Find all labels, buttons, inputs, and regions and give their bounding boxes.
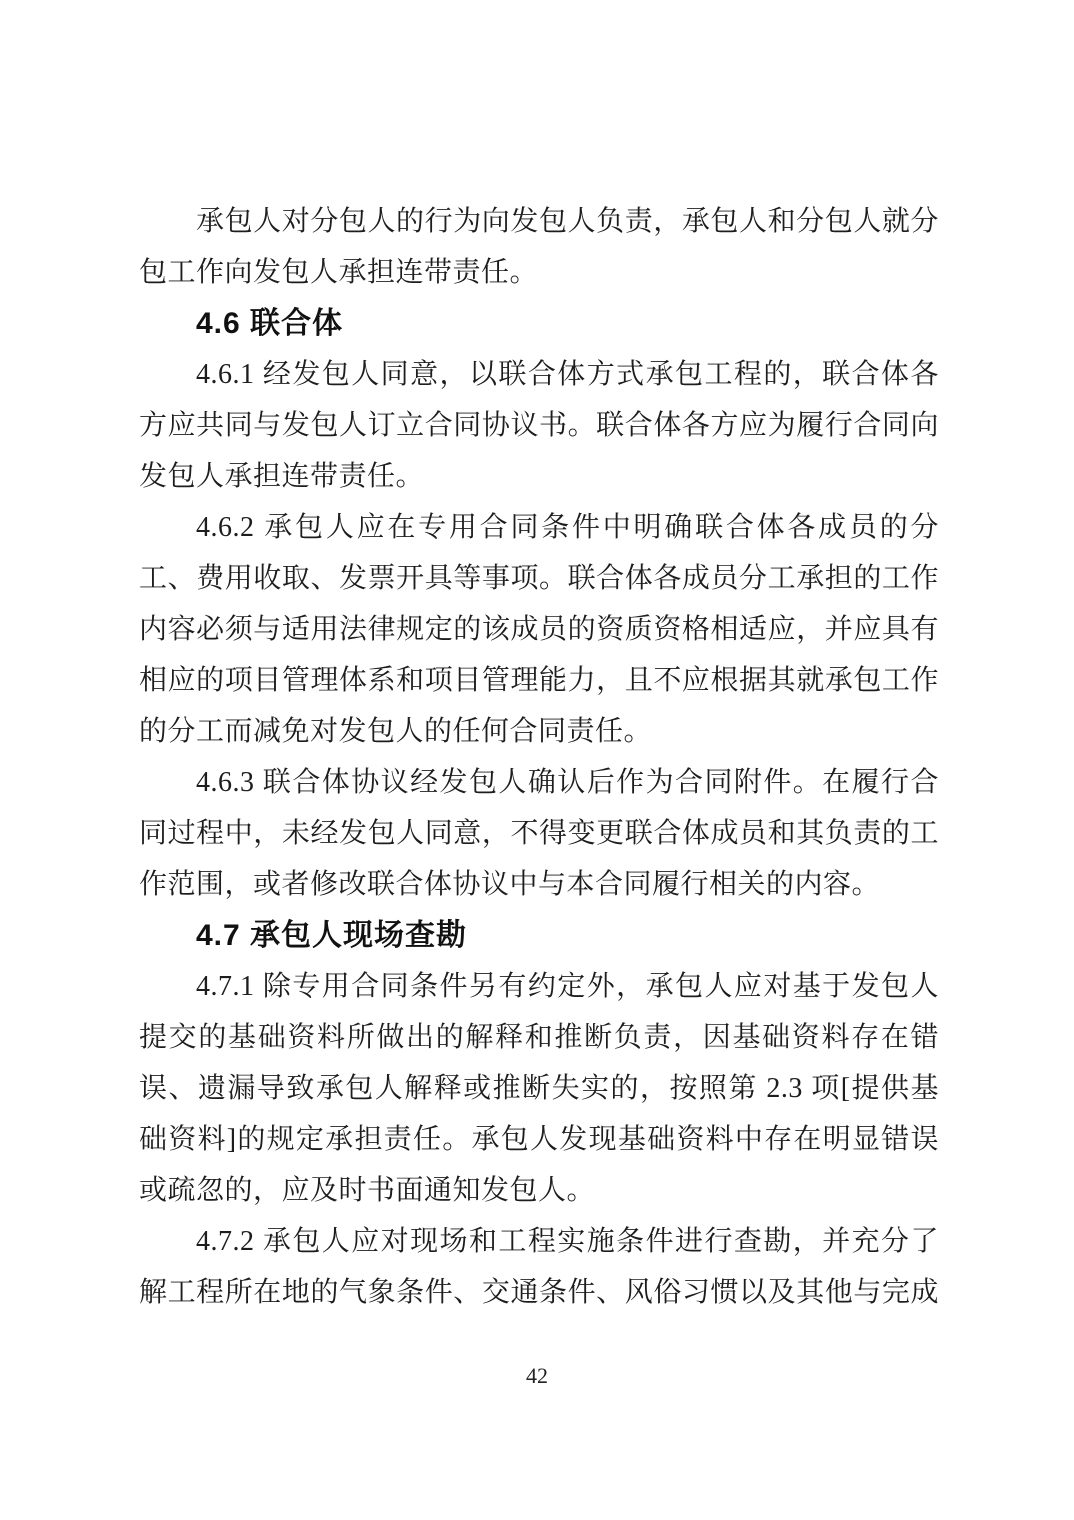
text-line: 4.6.2 承包人应在专用合同条件中明确联合体各成员的分	[139, 502, 939, 553]
text-line: 或疏忽的，应及时书面通知发包人。	[139, 1165, 939, 1216]
text-line: 础资料]的规定承担责任。承包人发现基础资料中存在明显错误	[139, 1114, 939, 1165]
paragraph: 4.6.3 联合体协议经发包人确认后作为合同附件。在履行合同过程中，未经发包人同…	[139, 757, 939, 910]
paragraph: 4.6.1 经发包人同意，以联合体方式承包工程的，联合体各方应共同与发包人订立合…	[139, 349, 939, 502]
text-line: 同过程中，未经发包人同意，不得变更联合体成员和其负责的工	[139, 808, 939, 859]
text-line: 提交的基础资料所做出的解释和推断负责，因基础资料存在错	[139, 1012, 939, 1063]
document-body: 承包人对分包人的行为向发包人负责，承包人和分包人就分包工作向发包人承担连带责任。…	[139, 196, 939, 1318]
text-line: 发包人承担连带责任。	[139, 451, 939, 502]
paragraph: 4.7.2 承包人应对现场和工程实施条件进行查勘，并充分了解工程所在地的气象条件…	[139, 1216, 939, 1318]
text-line: 内容必须与适用法律规定的该成员的资质资格相适应，并应具有	[139, 604, 939, 655]
text-line: 4.7.2 承包人应对现场和工程实施条件进行查勘，并充分了	[139, 1216, 939, 1267]
document-page: 承包人对分包人的行为向发包人负责，承包人和分包人就分包工作向发包人承担连带责任。…	[0, 0, 1074, 1520]
text-line: 4.7.1 除专用合同条件另有约定外，承包人应对基于发包人	[139, 961, 939, 1012]
text-line: 的分工而减免对发包人的任何合同责任。	[139, 706, 939, 757]
text-line: 误、遗漏导致承包人解释或推断失实的，按照第 2.3 项[提供基	[139, 1063, 939, 1114]
paragraph: 4.7.1 除专用合同条件另有约定外，承包人应对基于发包人提交的基础资料所做出的…	[139, 961, 939, 1216]
heading-line: 4.7 承包人现场查勘	[139, 910, 939, 961]
text-line: 工、费用收取、发票开具等事项。联合体各成员分工承担的工作	[139, 553, 939, 604]
text-line: 作范围，或者修改联合体协议中与本合同履行相关的内容。	[139, 859, 939, 910]
text-line: 解工程所在地的气象条件、交通条件、风俗习惯以及其他与完成	[139, 1267, 939, 1318]
text-line: 方应共同与发包人订立合同协议书。联合体各方应为履行合同向	[139, 400, 939, 451]
heading-line: 4.6 联合体	[139, 298, 939, 349]
text-line: 承包人对分包人的行为向发包人负责，承包人和分包人就分	[139, 196, 939, 247]
page-number: 42	[0, 1363, 1074, 1389]
section-heading: 4.6 联合体	[139, 298, 939, 349]
section-heading: 4.7 承包人现场查勘	[139, 910, 939, 961]
text-line: 4.6.3 联合体协议经发包人确认后作为合同附件。在履行合	[139, 757, 939, 808]
text-line: 相应的项目管理体系和项目管理能力，且不应根据其就承包工作	[139, 655, 939, 706]
text-line: 4.6.1 经发包人同意，以联合体方式承包工程的，联合体各	[139, 349, 939, 400]
paragraph: 承包人对分包人的行为向发包人负责，承包人和分包人就分包工作向发包人承担连带责任。	[139, 196, 939, 298]
text-line: 包工作向发包人承担连带责任。	[139, 247, 939, 298]
paragraph: 4.6.2 承包人应在专用合同条件中明确联合体各成员的分工、费用收取、发票开具等…	[139, 502, 939, 757]
